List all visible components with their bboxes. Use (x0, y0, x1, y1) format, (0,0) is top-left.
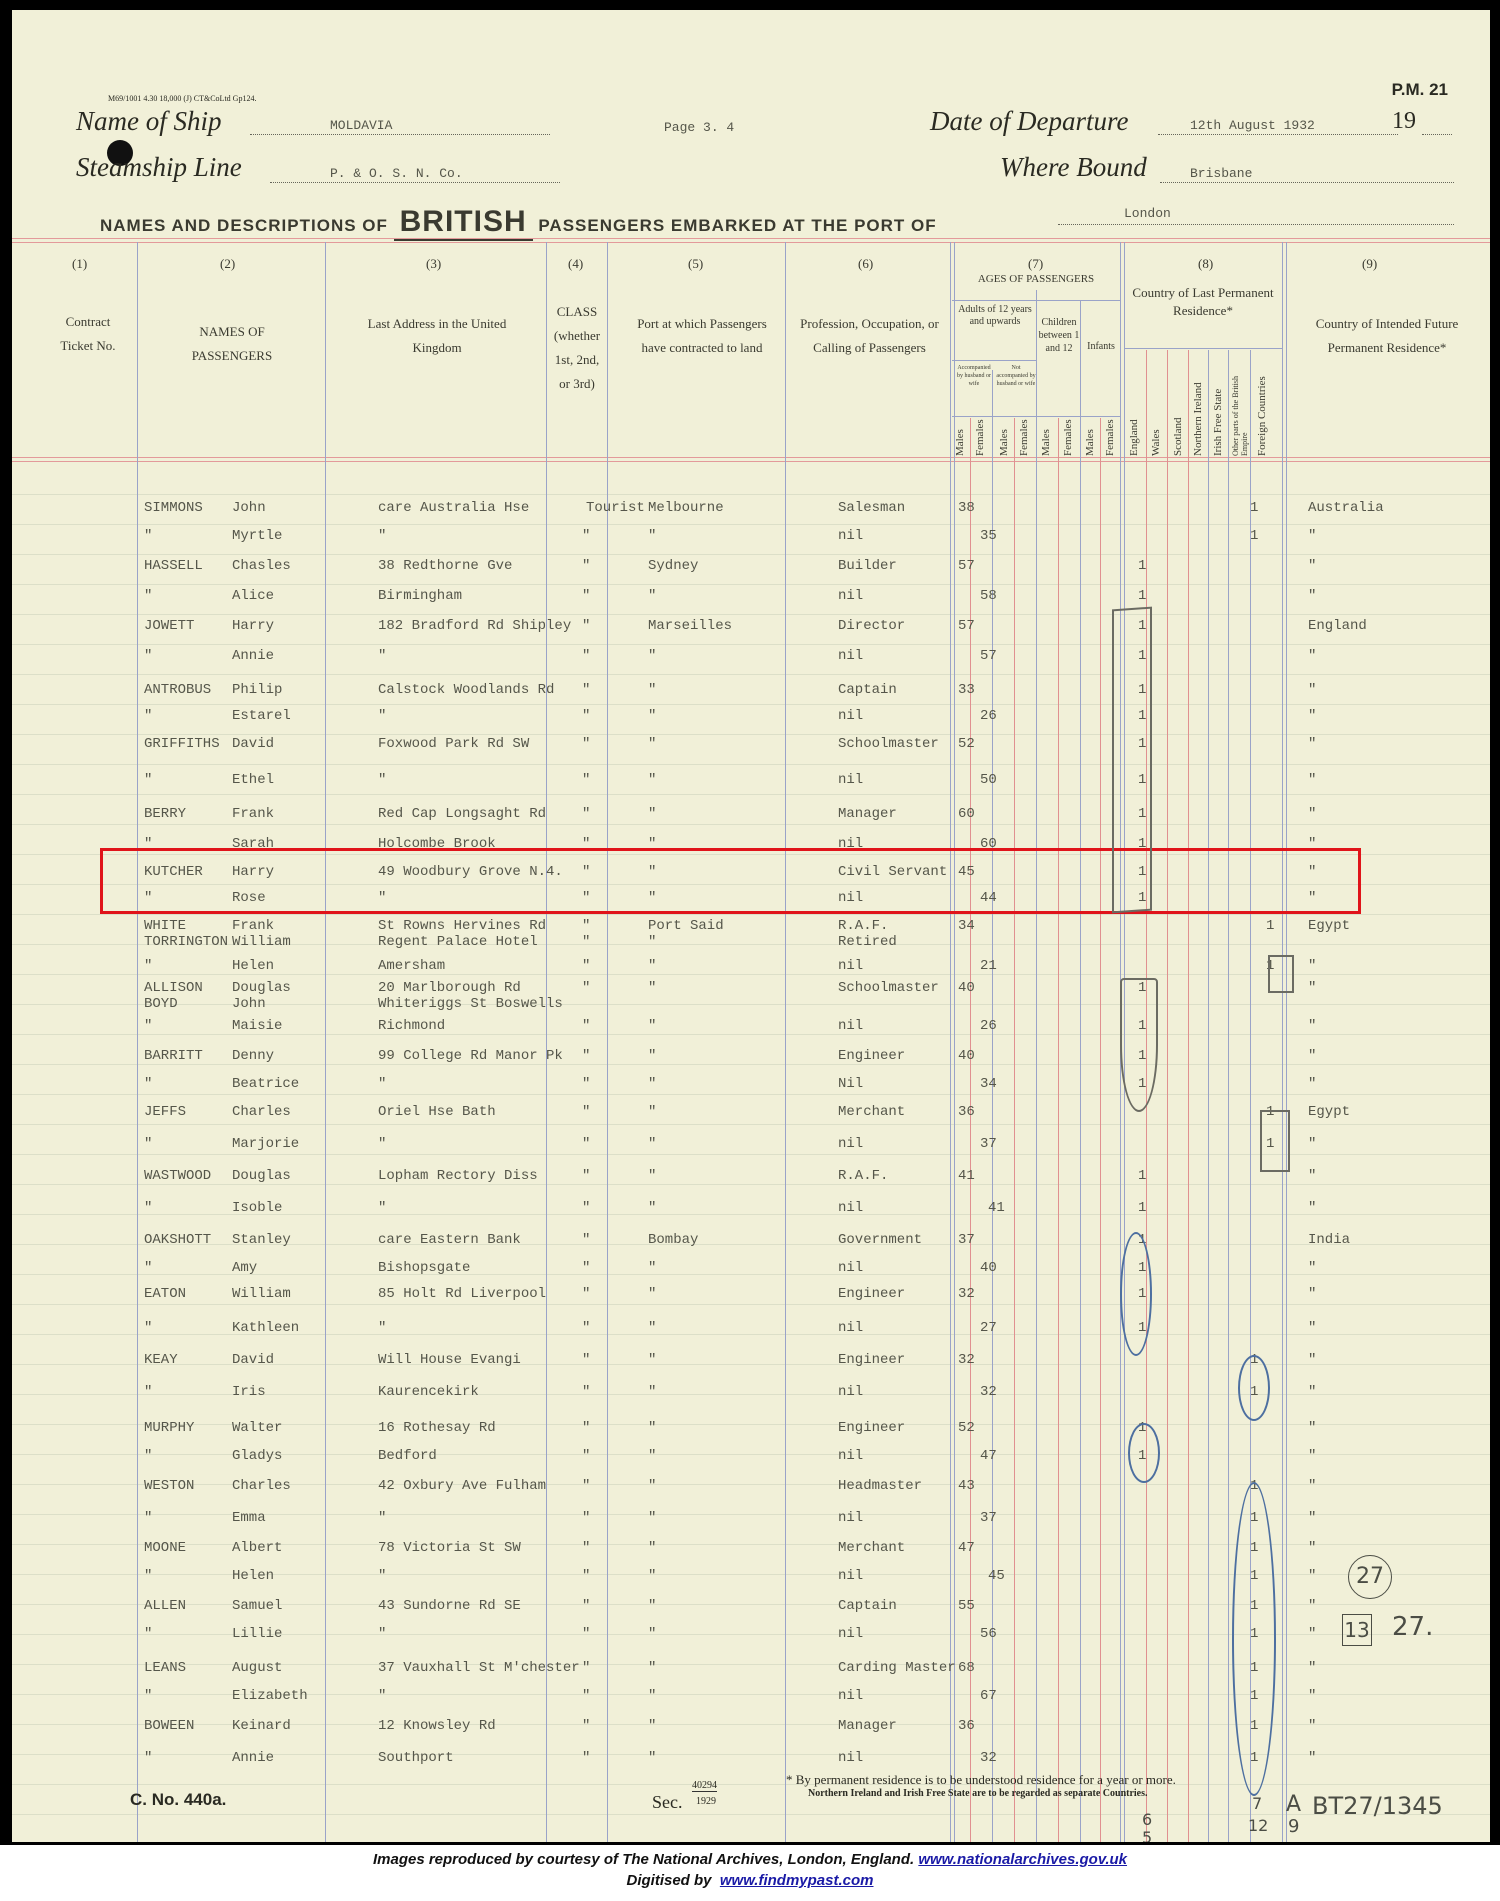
address-cell: 20 Marlborough Rd (378, 980, 521, 996)
address-cell: Kaurencekirk (378, 1384, 479, 1400)
year-prefix: 19 (1392, 108, 1416, 135)
port-cell: Melbourne (648, 500, 724, 516)
passenger-row: SIMMONSJohncare Australia HseTouristMelb… (12, 500, 1490, 526)
occupation-cell: nil (838, 708, 863, 724)
address-cell: " (378, 1688, 386, 1704)
first-name-cell: Annie (232, 648, 274, 664)
age-cell: 52 (958, 736, 975, 752)
surname-cell: " (144, 1384, 152, 1400)
future-residence-cell: " (1308, 1598, 1316, 1614)
passenger-row: BARRITTDenny99 College Rd Manor Pk""Engi… (12, 1048, 1490, 1074)
age-cell: 33 (958, 682, 975, 698)
class-cell: " (582, 918, 590, 934)
occupation-cell: nil (838, 1448, 863, 1464)
occupation-cell: nil (838, 1320, 863, 1336)
age-cell: 27 (980, 1320, 997, 1336)
form-code: M69/1001 4.30 18,000 (J) CT&CoLtd Gp124. (108, 94, 256, 103)
class-cell: " (582, 1286, 590, 1302)
future-residence-cell: " (1308, 958, 1316, 974)
port-cell: Marseilles (648, 618, 732, 634)
passenger-row: MURPHYWalter16 Rothesay Rd""Engineer"521 (12, 1420, 1490, 1446)
country-mark-cell: 1 (1138, 1168, 1146, 1184)
future-residence-cell: " (1308, 772, 1316, 788)
form-id: P.M. 21 (1392, 80, 1448, 100)
class-cell: " (582, 558, 590, 574)
sub-males: Males (1040, 420, 1052, 456)
port-cell: " (648, 648, 656, 664)
first-name-cell: Chasles (232, 558, 291, 574)
col-class: CLASS (whether 1st, 2nd, or 3rd) (549, 300, 605, 396)
first-name-cell: Iris (232, 1384, 266, 1400)
first-name-cell: Beatrice (232, 1076, 299, 1092)
tally-5: 5 (1142, 1828, 1152, 1842)
class-cell: " (582, 1626, 590, 1642)
sub-northern-ireland: Northern Ireland (1192, 354, 1204, 456)
first-name-cell: Frank (232, 806, 274, 822)
port-cell: " (648, 1018, 656, 1034)
surname-cell: BOYD (144, 996, 178, 1012)
future-residence-cell: " (1308, 1168, 1316, 1184)
sub-england: England (1128, 390, 1140, 456)
class-cell: " (582, 1076, 590, 1092)
age-cell: 26 (980, 1018, 997, 1034)
future-residence-cell: " (1308, 1510, 1316, 1526)
first-name-cell: Denny (232, 1048, 274, 1064)
age-cell: 58 (980, 588, 997, 604)
first-name-cell: Maisie (232, 1018, 282, 1034)
age-cell: 34 (980, 1076, 997, 1092)
first-name-cell: William (232, 1286, 291, 1302)
col-not-accompanied: Not accompanied by husband or wife (996, 364, 1036, 388)
occupation-cell: nil (838, 958, 863, 974)
future-residence-cell: " (1308, 1320, 1316, 1336)
col-6-number: (6) (858, 256, 873, 272)
first-name-cell: Douglas (232, 980, 291, 996)
port-cell: " (648, 1598, 656, 1614)
passenger-row: "MaisieRichmond""nil"261 (12, 1018, 1490, 1044)
age-cell: 68 (958, 1660, 975, 1676)
class-cell: " (582, 1384, 590, 1400)
address-cell: Foxwood Park Rd SW (378, 736, 529, 752)
future-residence-cell: " (1308, 806, 1316, 822)
passenger-row: OAKSHOTTStanleycare Eastern Bank"BombayG… (12, 1232, 1490, 1258)
occupation-cell: nil (838, 1510, 863, 1526)
surname-cell: HASSELL (144, 558, 203, 574)
age-cell: 36 (958, 1718, 975, 1734)
blue-ellipse-weston-bowen (1232, 1482, 1276, 1796)
port-cell: " (648, 1540, 656, 1556)
address-cell: Calstock Woodlands Rd (378, 682, 554, 698)
port-cell: Port Said (648, 918, 724, 934)
surname-cell: EATON (144, 1286, 186, 1302)
age-cell: 56 (980, 1626, 997, 1642)
sub-males: Males (998, 420, 1010, 456)
future-residence-cell: " (1308, 1660, 1316, 1676)
sub-irish-free-state: Irish Free State (1212, 354, 1224, 456)
future-residence-cell: " (1308, 736, 1316, 752)
surname-cell: LEANS (144, 1660, 186, 1676)
class-cell: " (582, 1510, 590, 1526)
occupation-cell: nil (838, 1018, 863, 1034)
blue-ellipse-murphy (1128, 1423, 1160, 1483)
port-cell: Bombay (648, 1232, 698, 1248)
blue-ellipse-oakshott-eaton (1120, 1232, 1152, 1356)
sub-scotland: Scotland (1172, 390, 1184, 456)
address-cell: 99 College Rd Manor Pk (378, 1048, 563, 1064)
col-port-to-land: Port at which Passengers have contracted… (632, 312, 772, 360)
address-cell: " (378, 1568, 386, 1584)
surname-cell: JOWETT (144, 618, 194, 634)
surname-cell: SIMMONS (144, 500, 203, 516)
age-cell: 40 (980, 1260, 997, 1276)
col-1-number: (1) (72, 256, 87, 272)
future-residence-cell: " (1308, 682, 1316, 698)
port-cell: " (648, 980, 656, 996)
ship-name: MOLDAVIA (330, 118, 392, 133)
age-cell: 32 (958, 1352, 975, 1368)
port-cell: " (648, 1448, 656, 1464)
address-cell: 37 Vauxhall St M'chester (378, 1660, 580, 1676)
future-residence-cell: " (1308, 1384, 1316, 1400)
col-2-number: (2) (220, 256, 235, 272)
surname-cell: BERRY (144, 806, 186, 822)
first-name-cell: Walter (232, 1420, 282, 1436)
surname-cell: " (144, 1750, 152, 1766)
first-name-cell: William (232, 934, 291, 950)
class-cell: " (582, 1660, 590, 1676)
first-name-cell: Keinard (232, 1718, 291, 1734)
address-cell: " (378, 648, 386, 664)
port-cell: " (648, 1352, 656, 1368)
line-name: P. & O. S. N. Co. (330, 166, 463, 181)
surname-cell: " (144, 1626, 152, 1642)
col-future-residence: Country of Intended Future Permanent Res… (1292, 312, 1482, 360)
surname-cell: " (144, 588, 152, 604)
port-cell: " (648, 1104, 656, 1120)
national-archives-link[interactable]: www.nationalarchives.gov.uk (918, 1851, 1127, 1868)
class-cell: " (582, 1104, 590, 1120)
occupation-cell: Engineer (838, 1420, 905, 1436)
occupation-cell: Captain (838, 682, 897, 698)
class-cell: " (582, 1136, 590, 1152)
future-residence-cell: " (1308, 1260, 1316, 1276)
bound-label: Where Bound (1000, 152, 1147, 183)
surname-cell: " (144, 1688, 152, 1704)
credits-bar: Images reproduced by courtesy of The Nat… (0, 1845, 1500, 1901)
class-cell: " (582, 1688, 590, 1704)
future-residence-cell: " (1308, 528, 1316, 544)
sub-females: Females (1018, 420, 1030, 456)
tally-6: 6 (1142, 1810, 1152, 1829)
age-cell: 41 (988, 1200, 1005, 1216)
handwritten-total: 27. (1392, 1612, 1433, 1642)
occupation-cell: Salesman (838, 500, 905, 516)
age-cell: 57 (958, 558, 975, 574)
class-cell: " (582, 1260, 590, 1276)
footnote-1: * By permanent residence is to be unders… (786, 1772, 1176, 1788)
age-cell: 21 (980, 958, 997, 974)
country-mark-cell: 1 (1250, 500, 1258, 516)
banner-british: BRITISH (394, 205, 533, 241)
future-residence-cell: " (1308, 1076, 1316, 1092)
class-cell: " (582, 1718, 590, 1734)
age-cell: 60 (958, 806, 975, 822)
surname-cell: JEFFS (144, 1104, 186, 1120)
first-name-cell: August (232, 1660, 282, 1676)
age-cell: 45 (988, 1568, 1005, 1584)
port-cell: " (648, 708, 656, 724)
address-cell: " (378, 1510, 386, 1526)
surname-cell: " (144, 1018, 152, 1034)
occupation-cell: Builder (838, 558, 897, 574)
sec-label: Sec. (652, 1792, 683, 1813)
first-name-cell: Albert (232, 1540, 282, 1556)
address-cell: Birmingham (378, 588, 462, 604)
address-cell: " (378, 1320, 386, 1336)
class-cell: Tourist (586, 500, 645, 516)
age-cell: 37 (980, 1510, 997, 1526)
port-cell: " (648, 1568, 656, 1584)
address-cell: Bedford (378, 1448, 437, 1464)
age-cell: 37 (980, 1136, 997, 1152)
sub-wales: Wales (1150, 390, 1162, 456)
future-residence-cell: " (1308, 588, 1316, 604)
port-cell: " (648, 1286, 656, 1302)
passenger-row: "Ethel"""nil"501 (12, 772, 1490, 798)
occupation-cell: nil (838, 1688, 863, 1704)
first-name-cell: Harry (232, 618, 274, 634)
surname-cell: OAKSHOTT (144, 1232, 211, 1248)
col-8-number: (8) (1198, 256, 1213, 272)
sub-males: Males (1084, 420, 1096, 456)
passenger-row: "Annie"""nil"571 (12, 648, 1490, 674)
surname-cell: TORRINGTON (144, 934, 228, 950)
address-cell: Bishopsgate (378, 1260, 470, 1276)
line-label: Steamship Line (76, 152, 242, 183)
first-name-cell: Marjorie (232, 1136, 299, 1152)
occupation-cell: Captain (838, 1598, 897, 1614)
future-residence-cell: " (1308, 1136, 1316, 1152)
class-cell: " (582, 806, 590, 822)
occupation-cell: nil (838, 772, 863, 788)
first-name-cell: Kathleen (232, 1320, 299, 1336)
passenger-row: "Beatrice"""Nil"341 (12, 1076, 1490, 1102)
surname-cell: " (144, 648, 152, 664)
sub-females: Females (1062, 420, 1074, 456)
occupation-cell: nil (838, 1568, 863, 1584)
page-label: Page 3. 4 (664, 120, 734, 135)
class-cell: " (582, 1018, 590, 1034)
port-cell: " (648, 1626, 656, 1642)
surname-cell: " (144, 772, 152, 788)
surname-cell: " (144, 1076, 152, 1092)
port-cell: " (648, 1660, 656, 1676)
occupation-cell: Nil (838, 1076, 863, 1092)
age-cell: 47 (958, 1540, 975, 1556)
findmypast-link[interactable]: www.findmypast.com (720, 1872, 874, 1889)
address-cell: " (378, 1076, 386, 1092)
class-cell: " (582, 618, 590, 634)
class-cell: " (582, 1232, 590, 1248)
country-mark-cell: 1 (1250, 528, 1258, 544)
address-cell: 182 Bradford Rd Shipley (378, 618, 571, 634)
col-profession: Profession, Occupation, or Calling of Pa… (792, 312, 947, 360)
port-cell: Sydney (648, 558, 698, 574)
blue-ellipse-keay (1238, 1355, 1270, 1421)
port-cell: " (648, 1320, 656, 1336)
address-cell: Red Cap Longsaght Rd (378, 806, 546, 822)
future-residence-cell: " (1308, 708, 1316, 724)
port-cell: " (648, 1750, 656, 1766)
reference-code: BT27/1345 (1312, 1792, 1443, 1820)
pencil-box-helen (1268, 955, 1294, 993)
future-residence-cell: " (1308, 1478, 1316, 1494)
first-name-cell: David (232, 736, 274, 752)
departure-date: 12th August 1932 (1190, 118, 1315, 133)
col-contract-ticket: Contract Ticket No. (48, 310, 128, 358)
occupation-cell: Engineer (838, 1352, 905, 1368)
surname-cell: " (144, 1448, 152, 1464)
age-cell: 32 (980, 1750, 997, 1766)
future-residence-cell: " (1308, 1718, 1316, 1734)
future-residence-cell: " (1308, 1420, 1316, 1436)
first-name-cell: Helen (232, 1568, 274, 1584)
first-name-cell: Amy (232, 1260, 257, 1276)
address-cell: 38 Redthorne Gve (378, 558, 512, 574)
address-cell: " (378, 772, 386, 788)
age-cell: 32 (958, 1286, 975, 1302)
occupation-cell: Manager (838, 806, 897, 822)
port-cell: " (648, 1420, 656, 1436)
pencil-triangle (1120, 978, 1158, 1112)
age-cell: 37 (958, 1232, 975, 1248)
passenger-list-page: M69/1001 4.30 18,000 (J) CT&CoLtd Gp124.… (12, 10, 1490, 1842)
port-cell: " (648, 528, 656, 544)
port-cell: " (648, 1200, 656, 1216)
first-name-cell: Annie (232, 1750, 274, 1766)
address-cell: Regent Palace Hotel (378, 934, 538, 950)
country-mark-cell: 1 (1138, 558, 1146, 574)
first-name-cell: Philip (232, 682, 282, 698)
address-cell: 85 Holt Rd Liverpool (378, 1286, 546, 1302)
first-name-cell: Douglas (232, 1168, 291, 1184)
future-residence-cell: " (1308, 1048, 1316, 1064)
first-name-cell: Emma (232, 1510, 266, 1526)
address-cell: " (378, 528, 386, 544)
country-mark-cell: 1 (1138, 1200, 1146, 1216)
surname-cell: WASTWOOD (144, 1168, 211, 1184)
passenger-row: JOWETTHarry182 Bradford Rd Shipley"Marse… (12, 618, 1490, 644)
occupation-cell: Engineer (838, 1048, 905, 1064)
address-cell: 78 Victoria St SW (378, 1540, 521, 1556)
occupation-cell: nil (838, 1626, 863, 1642)
first-name-cell: Frank (232, 918, 274, 934)
port-cell: " (648, 1168, 656, 1184)
surname-cell: " (144, 958, 152, 974)
first-name-cell: Alice (232, 588, 274, 604)
surname-cell: WESTON (144, 1478, 194, 1494)
first-name-cell: Isoble (232, 1200, 282, 1216)
future-residence-cell: " (1308, 1286, 1316, 1302)
address-cell: 42 Oxbury Ave Fulham (378, 1478, 546, 1494)
class-cell: " (582, 1048, 590, 1064)
occupation-cell: nil (838, 648, 863, 664)
class-cell: " (582, 1420, 590, 1436)
future-residence-cell: Egypt (1308, 918, 1350, 934)
occupation-cell: Headmaster (838, 1478, 922, 1494)
address-cell: Will House Evangi (378, 1352, 521, 1368)
future-residence-cell: " (1308, 648, 1316, 664)
future-residence-cell: " (1308, 558, 1316, 574)
age-cell: 57 (958, 618, 975, 634)
occupation-cell: Engineer (838, 1286, 905, 1302)
col-names: NAMES OF PASSENGERS (162, 320, 302, 368)
surname-cell: KEAY (144, 1352, 178, 1368)
tally-7: 7 (1252, 1794, 1262, 1813)
sec-year: 1929 (696, 1796, 716, 1807)
occupation-cell: nil (838, 1384, 863, 1400)
port-cell: " (648, 1076, 656, 1092)
address-cell: care Australia Hse (378, 500, 529, 516)
passenger-row: "Estarel"""nil"261 (12, 708, 1490, 734)
port-cell: " (648, 958, 656, 974)
age-cell: 34 (958, 918, 975, 934)
address-cell: " (378, 1626, 386, 1642)
port-of-embarkation: London (1124, 206, 1171, 221)
port-cell: " (648, 682, 656, 698)
class-cell: " (582, 1352, 590, 1368)
passenger-row: "Myrtle"""nil"351 (12, 528, 1490, 554)
port-cell: " (648, 1384, 656, 1400)
future-residence-cell: " (1308, 1568, 1316, 1584)
occupation-cell: R.A.F. (838, 918, 888, 934)
future-residence-cell: " (1308, 1750, 1316, 1766)
passenger-row: EATONWilliam85 Holt Rd Liverpool""Engine… (12, 1286, 1490, 1312)
address-cell: 12 Knowsley Rd (378, 1718, 496, 1734)
class-cell: " (582, 528, 590, 544)
first-name-cell: Helen (232, 958, 274, 974)
age-cell: 57 (980, 648, 997, 664)
class-cell: " (582, 708, 590, 724)
occupation-cell: Manager (838, 1718, 897, 1734)
passenger-row: "AmyBishopsgate""nil"401 (12, 1260, 1490, 1286)
surname-cell: ALLISON (144, 980, 203, 996)
address-cell: " (378, 708, 386, 724)
port-cell: " (648, 588, 656, 604)
highlight-box-kutcher (100, 848, 1361, 914)
age-cell: 36 (958, 1104, 975, 1120)
col-3-number: (3) (426, 256, 441, 272)
port-cell: " (648, 1510, 656, 1526)
surname-cell: ALLEN (144, 1598, 186, 1614)
future-residence-cell: Australia (1308, 500, 1384, 516)
age-cell: 55 (958, 1598, 975, 1614)
first-name-cell: Elizabeth (232, 1688, 308, 1704)
tally-12: 12 (1248, 1816, 1268, 1835)
passenger-row: "Kathleen"""nil"271 (12, 1320, 1490, 1346)
port-cell: " (648, 1260, 656, 1276)
surname-cell: " (144, 1320, 152, 1336)
circled-total: 27 (1348, 1555, 1392, 1599)
occupation-cell: nil (838, 528, 863, 544)
page-number: 3. 4 (703, 120, 734, 135)
class-cell: " (582, 958, 590, 974)
class-cell: " (582, 1448, 590, 1464)
class-cell: " (582, 934, 590, 950)
passenger-row: HASSELLChasles38 Redthorne Gve"SydneyBui… (12, 558, 1490, 584)
ship-label: Name of Ship (76, 106, 222, 137)
surname-cell: " (144, 1510, 152, 1526)
